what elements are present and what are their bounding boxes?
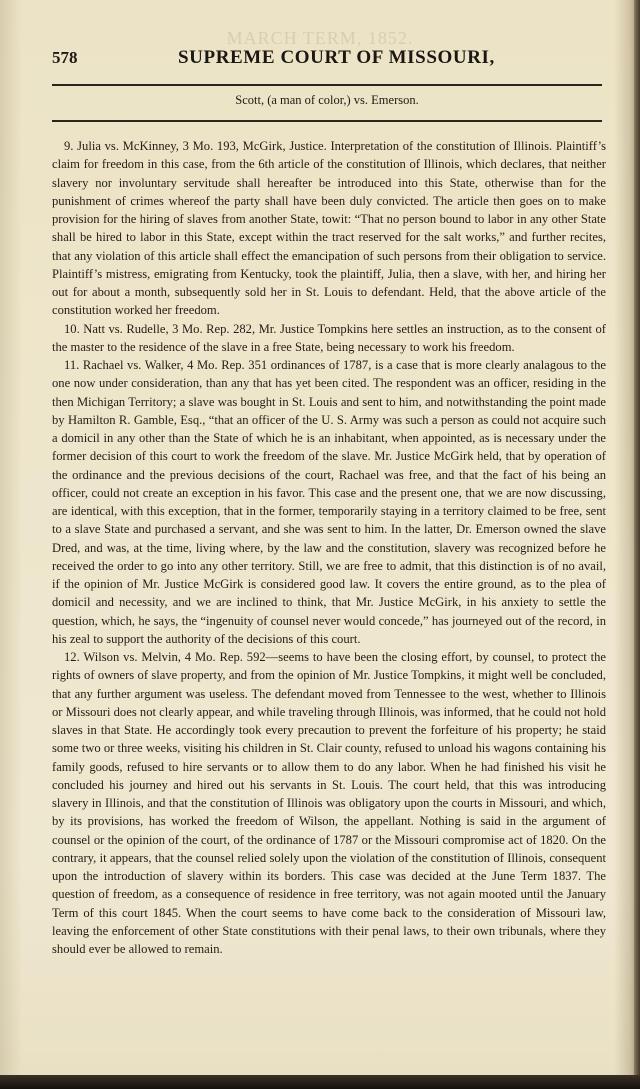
paragraph-10: 10. Natt vs. Rudelle, 3 Mo. Rep. 282, Mr…: [52, 320, 606, 357]
page-number: 578: [52, 48, 78, 68]
page-header: 578 SUPREME COURT OF MISSOURI,: [52, 48, 612, 74]
case-name: Natt vs. Rudelle: [83, 322, 165, 336]
book-gutter-shadow: [634, 0, 640, 1089]
body-text: 9. Julia vs. McKinney, 3 Mo. 193, McGirk…: [52, 137, 606, 958]
paragraph-11: 11. Rachael vs. Walker, 4 Mo. Rep. 351 o…: [52, 356, 606, 648]
case-name: Julia vs. McKinney: [77, 139, 176, 153]
header-rule-top: [52, 84, 602, 86]
paragraph-text: , 4 Mo. Rep. 351 ordinances of 1787, is …: [52, 358, 606, 646]
case-name: Rachael vs. Walker: [83, 358, 180, 372]
paragraph-number: 11.: [64, 358, 79, 372]
case-name: Wilson vs. Melvin: [83, 650, 177, 664]
scanned-page: MARCH TERM, 1852. 578 SUPREME COURT OF M…: [0, 0, 640, 1077]
paragraph-number: 10.: [64, 322, 80, 336]
case-title: Scott, (a man of color,) vs. Emerson.: [52, 93, 602, 108]
paragraph-number: 12.: [64, 650, 80, 664]
header-rule-bottom: [52, 120, 602, 122]
page-bottom-edge: [0, 1075, 640, 1089]
paragraph-9: 9. Julia vs. McKinney, 3 Mo. 193, McGirk…: [52, 137, 606, 320]
bleed-through-header: MARCH TERM, 1852.: [0, 28, 640, 49]
paragraph-text: , 3 Mo. 193, McGirk, Justice. Interpreta…: [52, 139, 606, 317]
running-title: SUPREME COURT OF MISSOURI,: [178, 47, 495, 69]
paragraph-12: 12. Wilson vs. Melvin, 4 Mo. Rep. 592—se…: [52, 648, 606, 958]
paragraph-number: 9.: [64, 139, 73, 153]
paragraph-text: , 4 Mo. Rep. 592—seems to have been the …: [52, 650, 606, 956]
